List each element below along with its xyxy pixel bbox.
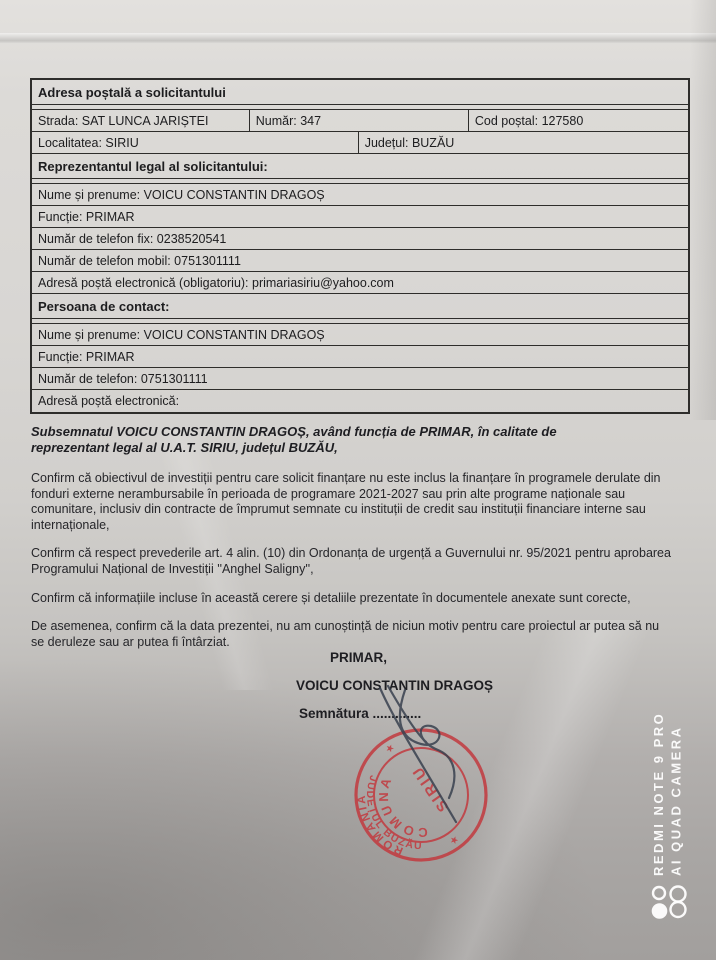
table-row: Localitatea: SIRIU Județul: BUZĂU — [32, 132, 688, 154]
table-row: Nume și prenume: VOICU CONSTANTIN DRAGOȘ — [32, 324, 688, 346]
table-row: Adresa poștală a solicitantului — [32, 80, 688, 105]
cell-legal-rep-name: Nume și prenume: VOICU CONSTANTIN DRAGOȘ — [32, 184, 688, 205]
section-header-contact-person: Persoana de contact: — [32, 294, 688, 318]
declaration-paragraph-3: Confirm că informațiile incluse în aceas… — [31, 591, 673, 607]
table-row: Nume și prenume: VOICU CONSTANTIN DRAGOȘ — [32, 184, 688, 206]
table-row: Funcție: PRIMAR — [32, 346, 688, 368]
cell-contact-position: Funcție: PRIMAR — [32, 346, 688, 367]
cell-contact-name: Nume și prenume: VOICU CONSTANTIN DRAGOȘ — [32, 324, 688, 345]
handwritten-signature — [360, 680, 500, 840]
table-row: Funcție: PRIMAR — [32, 206, 688, 228]
signature-strokes — [360, 680, 500, 840]
table-row: Reprezentantul legal al solicitantului: — [32, 154, 688, 179]
table-row: Persoana de contact: — [32, 294, 688, 319]
camera-logo-graphic — [649, 883, 693, 927]
declaration-text: Subsemnatul VOICU CONSTANTIN DRAGOȘ, avâ… — [31, 424, 673, 663]
table-row: Adresă poștă electronică: — [32, 390, 688, 412]
declaration-paragraph-4: De asemenea, confirm că la data prezente… — [31, 619, 673, 650]
cell-street: Strada: SAT LUNCA JARIȘTEI — [32, 110, 250, 131]
declaration-paragraph-2: Confirm că respect prevederile art. 4 al… — [31, 546, 673, 577]
watermark-line-1: REDMI NOTE 9 PRO — [650, 702, 668, 876]
signer-title: PRIMAR, — [330, 650, 387, 665]
section-header-legal-rep: Reprezentantul legal al solicitantului: — [32, 154, 688, 178]
section-header-address: Adresa poștală a solicitantului — [32, 80, 688, 104]
table-row: Strada: SAT LUNCA JARIȘTEI Număr: 347 Co… — [32, 110, 688, 132]
watermark-line-2: AI QUAD CAMERA — [668, 702, 686, 876]
cell-county: Județul: BUZĂU — [359, 132, 688, 153]
cell-contact-email: Adresă poștă electronică: — [32, 390, 688, 412]
device-watermark: REDMI NOTE 9 PRO AI QUAD CAMERA — [650, 702, 685, 876]
declaration-intro: Subsemnatul VOICU CONSTANTIN DRAGOȘ, avâ… — [31, 424, 615, 455]
table-row: Număr de telefon: 0751301111 — [32, 368, 688, 390]
cell-contact-phone: Număr de telefon: 0751301111 — [32, 368, 688, 389]
cell-postal-code: Cod poștal: 127580 — [469, 110, 688, 131]
cell-number: Număr: 347 — [250, 110, 469, 131]
table-row: Număr de telefon mobil: 0751301111 — [32, 250, 688, 272]
cell-legal-rep-phone-mobile: Număr de telefon mobil: 0751301111 — [32, 250, 688, 271]
cell-legal-rep-position: Funcție: PRIMAR — [32, 206, 688, 227]
paper-edge-shade — [690, 0, 716, 420]
applicant-form-table: Adresa poștală a solicitantului Strada: … — [30, 78, 690, 414]
cell-legal-rep-phone-fix: Număr de telefon fix: 0238520541 — [32, 228, 688, 249]
redmi-camera-logo-icon — [649, 883, 693, 927]
document-photo: Adresa poștală a solicitantului Strada: … — [0, 0, 716, 960]
cell-legal-rep-email: Adresă poștă electronică (obligatoriu): … — [32, 272, 688, 293]
table-row: Adresă poștă electronică (obligatoriu): … — [32, 272, 688, 294]
declaration-paragraph-1: Confirm că obiectivul de investiții pent… — [31, 471, 673, 533]
paper-fold — [0, 33, 716, 44]
cell-locality: Localitatea: SIRIU — [32, 132, 359, 153]
table-row: Număr de telefon fix: 0238520541 — [32, 228, 688, 250]
